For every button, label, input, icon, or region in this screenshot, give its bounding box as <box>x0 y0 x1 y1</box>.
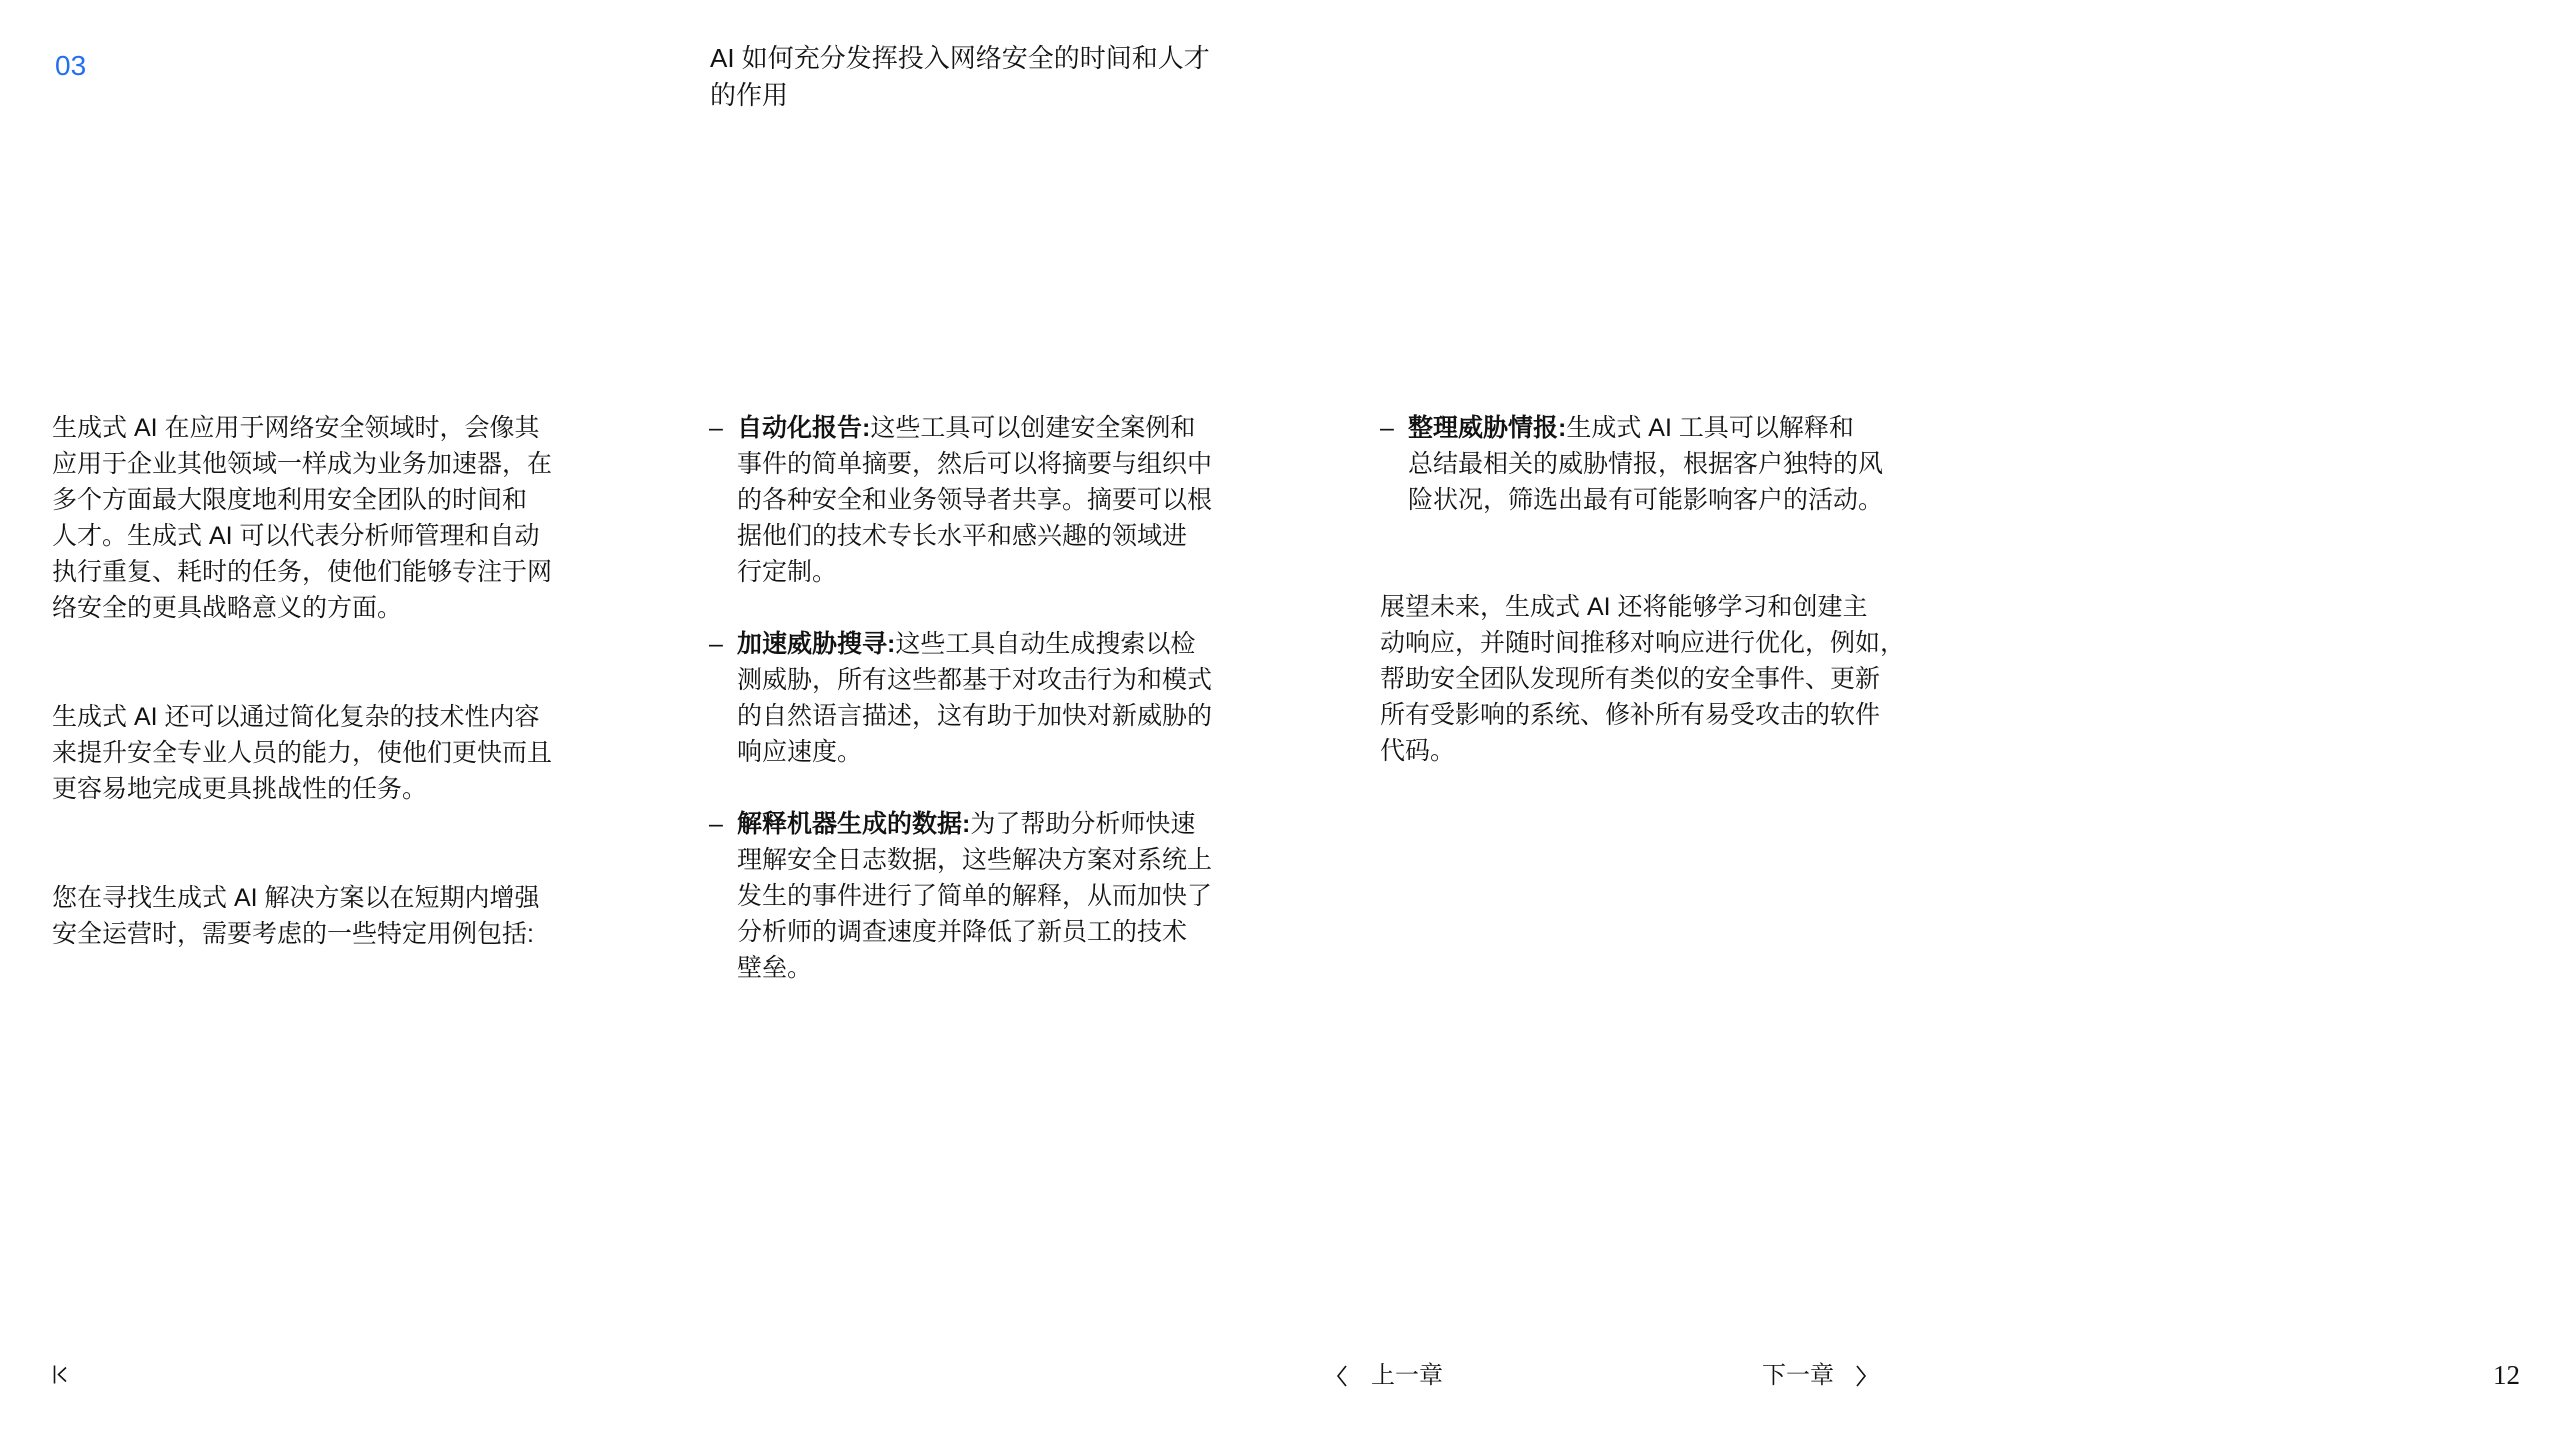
paragraph-augmentation: 生成式 AI 还可以通过简化复杂的技术性内容 来提升安全专业人员的能力，使他们更… <box>52 699 618 807</box>
bullet-threat-intelligence: 整理威胁情报:生成式 AI 工具可以解释和 总结最相关的威胁情报，根据客户独特的… <box>1408 410 1946 518</box>
first-page-button[interactable] <box>53 1365 68 1384</box>
chevron-right-icon <box>1855 1365 1867 1387</box>
list-item: – 加速威胁搜寻:这些工具自动生成搜索以检 测威胁，所有这些都基于对攻击行为和模… <box>709 626 1275 770</box>
bullet-automated-reporting: 自动化报告:这些工具可以创建安全案例和 事件的简单摘要，然后可以将摘要与组织中 … <box>737 410 1275 590</box>
paragraph-outlook: 展望未来，生成式 AI 还将能够学习和创建主 动响应，并随时间推移对响应进行优化… <box>1380 589 1946 769</box>
dash-bullet-icon: – <box>709 410 737 590</box>
next-chapter-button[interactable]: 下一章 <box>1762 1362 1867 1390</box>
page-title: AI 如何充分发挥投入网络安全的时间和人才 的作用 <box>710 40 1210 114</box>
list-item: – 整理威胁情报:生成式 AI 工具可以解释和 总结最相关的威胁情报，根据客户独… <box>1380 410 1946 518</box>
column-1: 生成式 AI 在应用于网络安全领域时，会像其 应用于企业其他领域一样成为业务加速… <box>52 374 618 1025</box>
document-page: 03 AI 如何充分发挥投入网络安全的时间和人才 的作用 生成式 AI 在应用于… <box>0 0 2560 1440</box>
paragraph-intro: 生成式 AI 在应用于网络安全领域时，会像其 应用于企业其他领域一样成为业务加速… <box>52 410 618 626</box>
bullet-label: 自动化报告: <box>737 414 870 442</box>
first-page-icon <box>53 1365 68 1384</box>
chapter-number: 03 <box>55 50 86 82</box>
column-3: – 整理威胁情报:生成式 AI 工具可以解释和 总结最相关的威胁情报，根据客户独… <box>1380 374 1946 805</box>
dash-bullet-icon: – <box>709 626 737 770</box>
bullet-label: 加速威胁搜寻: <box>737 630 895 658</box>
dash-bullet-icon: – <box>1380 410 1408 518</box>
bullet-threat-hunting: 加速威胁搜寻:这些工具自动生成搜索以检 测威胁，所有这些都基于对攻击行为和模式 … <box>737 626 1275 770</box>
page-number: 12 <box>2493 1360 2520 1390</box>
bullet-label: 整理威胁情报: <box>1408 414 1566 442</box>
dash-bullet-icon: – <box>709 806 737 986</box>
prev-chapter-button[interactable]: 上一章 <box>1336 1362 1443 1390</box>
paragraph-use-cases-lead: 您在寻找生成式 AI 解决方案以在短期内增强 安全运营时，需要考虑的一些特定用例… <box>52 880 618 952</box>
bullet-label: 解释机器生成的数据: <box>737 810 970 838</box>
prev-chapter-label: 上一章 <box>1371 1362 1443 1390</box>
list-item: – 解释机器生成的数据:为了帮助分析师快速 理解安全日志数据，这些解决方案对系统… <box>709 806 1275 986</box>
next-chapter-label: 下一章 <box>1762 1362 1834 1390</box>
bullet-machine-data: 解释机器生成的数据:为了帮助分析师快速 理解安全日志数据，这些解决方案对系统上 … <box>737 806 1275 986</box>
column-2: – 自动化报告:这些工具可以创建安全案例和 事件的简单摘要，然后可以将摘要与组织… <box>709 374 1275 1022</box>
list-item: – 自动化报告:这些工具可以创建安全案例和 事件的简单摘要，然后可以将摘要与组织… <box>709 410 1275 590</box>
chevron-left-icon <box>1336 1365 1348 1387</box>
